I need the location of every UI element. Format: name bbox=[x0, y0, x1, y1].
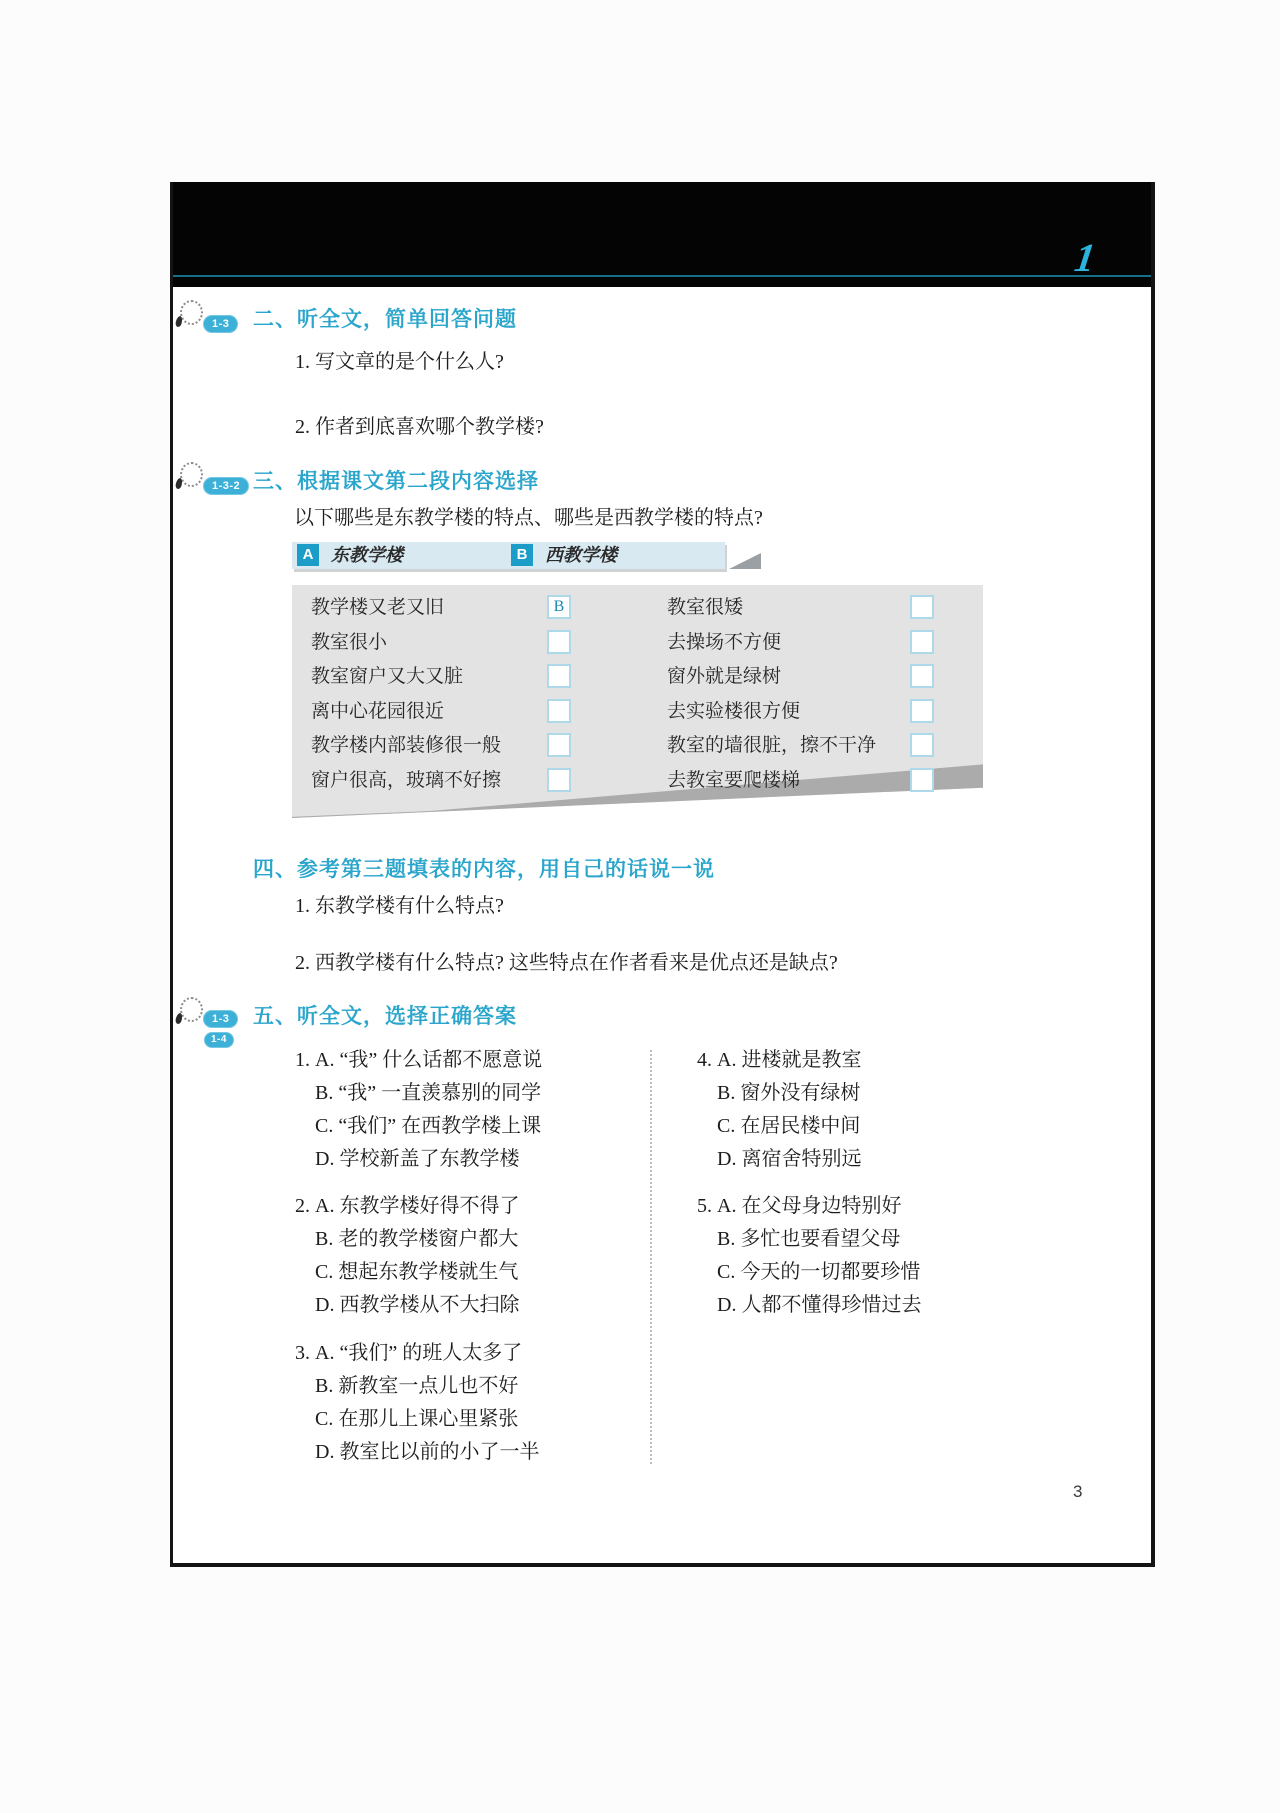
table-row-left-text: 教学楼内部装修很一般 bbox=[311, 734, 501, 758]
table-row-left-text: 窗户很高，玻璃不好擦 bbox=[311, 769, 501, 793]
legend-key-a: A bbox=[297, 544, 319, 566]
question-number: 5. bbox=[697, 1190, 712, 1223]
legend-arrow-icon bbox=[729, 553, 761, 569]
question-number: 3. bbox=[295, 1337, 310, 1370]
legend-label-b: 西教学楼 bbox=[545, 544, 617, 567]
page-number: 3 bbox=[1073, 1482, 1082, 1502]
mcq-question-2: 2. A. 东教学楼好得不得了 B. 老的教学楼窗户都大 C. 想起东教学楼就生… bbox=[295, 1190, 695, 1322]
mcq-option: B. 新教室一点儿也不好 bbox=[315, 1370, 695, 1403]
audio-track-badge: 1-3 bbox=[203, 315, 238, 333]
mcq-question-5: 5. A. 在父母身边特别好 B. 多忙也要看望父母 C. 今天的一切都要珍惜 … bbox=[697, 1190, 1097, 1322]
mcq-option: D. 人都不懂得珍惜过去 bbox=[717, 1289, 1097, 1322]
mcq-option: D. 教室比以前的小了一半 bbox=[315, 1436, 695, 1469]
table-row-right-text: 教室很矮 bbox=[667, 596, 743, 620]
answer-box[interactable] bbox=[547, 733, 571, 757]
answer-box[interactable] bbox=[910, 595, 934, 619]
headphone-icon bbox=[176, 995, 202, 1025]
table-row-left-text: 离中心花园很近 bbox=[311, 700, 444, 724]
table-row-right-text: 去实验楼很方便 bbox=[667, 700, 800, 724]
answer-box[interactable] bbox=[910, 699, 934, 723]
table-row-right-text: 窗外就是绿树 bbox=[667, 665, 781, 689]
table-row-right-text: 去教室要爬楼梯 bbox=[667, 769, 800, 793]
mcq-option: A. “我” 什么话都不愿意说 bbox=[315, 1044, 695, 1077]
mcq-option: D. 离宿舍特别远 bbox=[717, 1143, 1097, 1176]
legend-bar: A 东教学楼 B 西教学楼 bbox=[292, 542, 725, 569]
table-row-left-text: 教学楼又老又旧 bbox=[311, 596, 444, 620]
answer-box[interactable] bbox=[547, 699, 571, 723]
mcq-option: B. 窗外没有绿树 bbox=[717, 1077, 1097, 1110]
answer-box[interactable] bbox=[910, 733, 934, 757]
section-three-prompt: 以下哪些是东教学楼的特点、哪些是西教学楼的特点? bbox=[294, 506, 763, 530]
mcq-option: C. 在那儿上课心里紧张 bbox=[315, 1403, 695, 1436]
chapter-number: 1 bbox=[1072, 234, 1099, 281]
answer-box[interactable] bbox=[547, 664, 571, 688]
question-number: 4. bbox=[697, 1044, 712, 1077]
mcq-option: A. 东教学楼好得不得了 bbox=[315, 1190, 695, 1223]
answer-box[interactable] bbox=[547, 768, 571, 792]
section-five-title: 五、听全文，选择正确答案 bbox=[253, 1005, 517, 1028]
mcq-option: C. 今天的一切都要珍惜 bbox=[717, 1256, 1097, 1289]
section-four-question-1: 1. 东教学楼有什么特点? bbox=[295, 894, 504, 918]
question-number: 1. bbox=[295, 1044, 310, 1077]
mcq-option: B. 多忙也要看望父母 bbox=[717, 1223, 1097, 1256]
legend-key-b: B bbox=[511, 544, 533, 566]
section-two-title: 二、听全文，简单回答问题 bbox=[253, 308, 517, 331]
mcq-option: B. “我” 一直羡慕别的同学 bbox=[315, 1077, 695, 1110]
headphone-icon bbox=[176, 460, 202, 490]
answer-box[interactable] bbox=[547, 630, 571, 654]
answer-box[interactable] bbox=[910, 768, 934, 792]
question-number: 2. bbox=[295, 1190, 310, 1223]
table-row-right-text: 教室的墙很脏，擦不干净 bbox=[667, 734, 876, 758]
section-four-title: 四、参考第三题填表的内容，用自己的话说一说 bbox=[253, 858, 715, 881]
table-row-left-text: 教室很小 bbox=[311, 631, 387, 655]
mcq-option: C. “我们” 在西教学楼上课 bbox=[315, 1110, 695, 1143]
mcq-option: D. 西教学楼从不大扫除 bbox=[315, 1289, 695, 1322]
section-four-question-2: 2. 西教学楼有什么特点? 这些特点在作者看来是优点还是缺点? bbox=[295, 951, 838, 975]
legend-label-a: 东教学楼 bbox=[331, 544, 403, 567]
mcq-option: A. “我们” 的班人太多了 bbox=[315, 1337, 695, 1370]
mcq-option: C. 在居民楼中间 bbox=[717, 1110, 1097, 1143]
mcq-question-3: 3. A. “我们” 的班人太多了 B. 新教室一点儿也不好 C. 在那儿上课心… bbox=[295, 1337, 695, 1469]
answer-box[interactable] bbox=[910, 630, 934, 654]
table-row-right-text: 去操场不方便 bbox=[667, 631, 781, 655]
answer-box[interactable]: B bbox=[547, 595, 571, 619]
mcq-option: A. 在父母身边特别好 bbox=[717, 1190, 1097, 1223]
section-three-title: 三、根据课文第二段内容选择 bbox=[253, 470, 539, 493]
section-two-question-2: 2. 作者到底喜欢哪个教学楼? bbox=[295, 415, 544, 439]
audio-track-badge: 1-4 bbox=[204, 1032, 234, 1048]
textbook-page: 1 1-3 二、听全文，简单回答问题 1. 写文章的是个什么人? 2. 作者到底… bbox=[170, 182, 1155, 1567]
mcq-option: C. 想起东教学楼就生气 bbox=[315, 1256, 695, 1289]
headphone-icon bbox=[176, 298, 202, 328]
screenshot-canvas: 1 1-3 二、听全文，简单回答问题 1. 写文章的是个什么人? 2. 作者到底… bbox=[0, 0, 1280, 1813]
audio-track-badge: 1-3-2 bbox=[203, 477, 249, 495]
table-row-left-text: 教室窗户又大又脏 bbox=[311, 665, 463, 689]
audio-track-badge: 1-3 bbox=[203, 1010, 238, 1028]
mcq-question-1: 1. A. “我” 什么话都不愿意说 B. “我” 一直羡慕别的同学 C. “我… bbox=[295, 1044, 695, 1176]
chapter-banner: 1 bbox=[173, 182, 1151, 287]
mcq-question-4: 4. A. 进楼就是教室 B. 窗外没有绿树 C. 在居民楼中间 D. 离宿舍特… bbox=[697, 1044, 1097, 1176]
mcq-option: B. 老的教学楼窗户都大 bbox=[315, 1223, 695, 1256]
mcq-option: D. 学校新盖了东教学楼 bbox=[315, 1143, 695, 1176]
mcq-option: A. 进楼就是教室 bbox=[717, 1044, 1097, 1077]
banner-accent-line bbox=[173, 275, 1151, 277]
answer-box[interactable] bbox=[910, 664, 934, 688]
section-two-question-1: 1. 写文章的是个什么人? bbox=[295, 350, 504, 374]
